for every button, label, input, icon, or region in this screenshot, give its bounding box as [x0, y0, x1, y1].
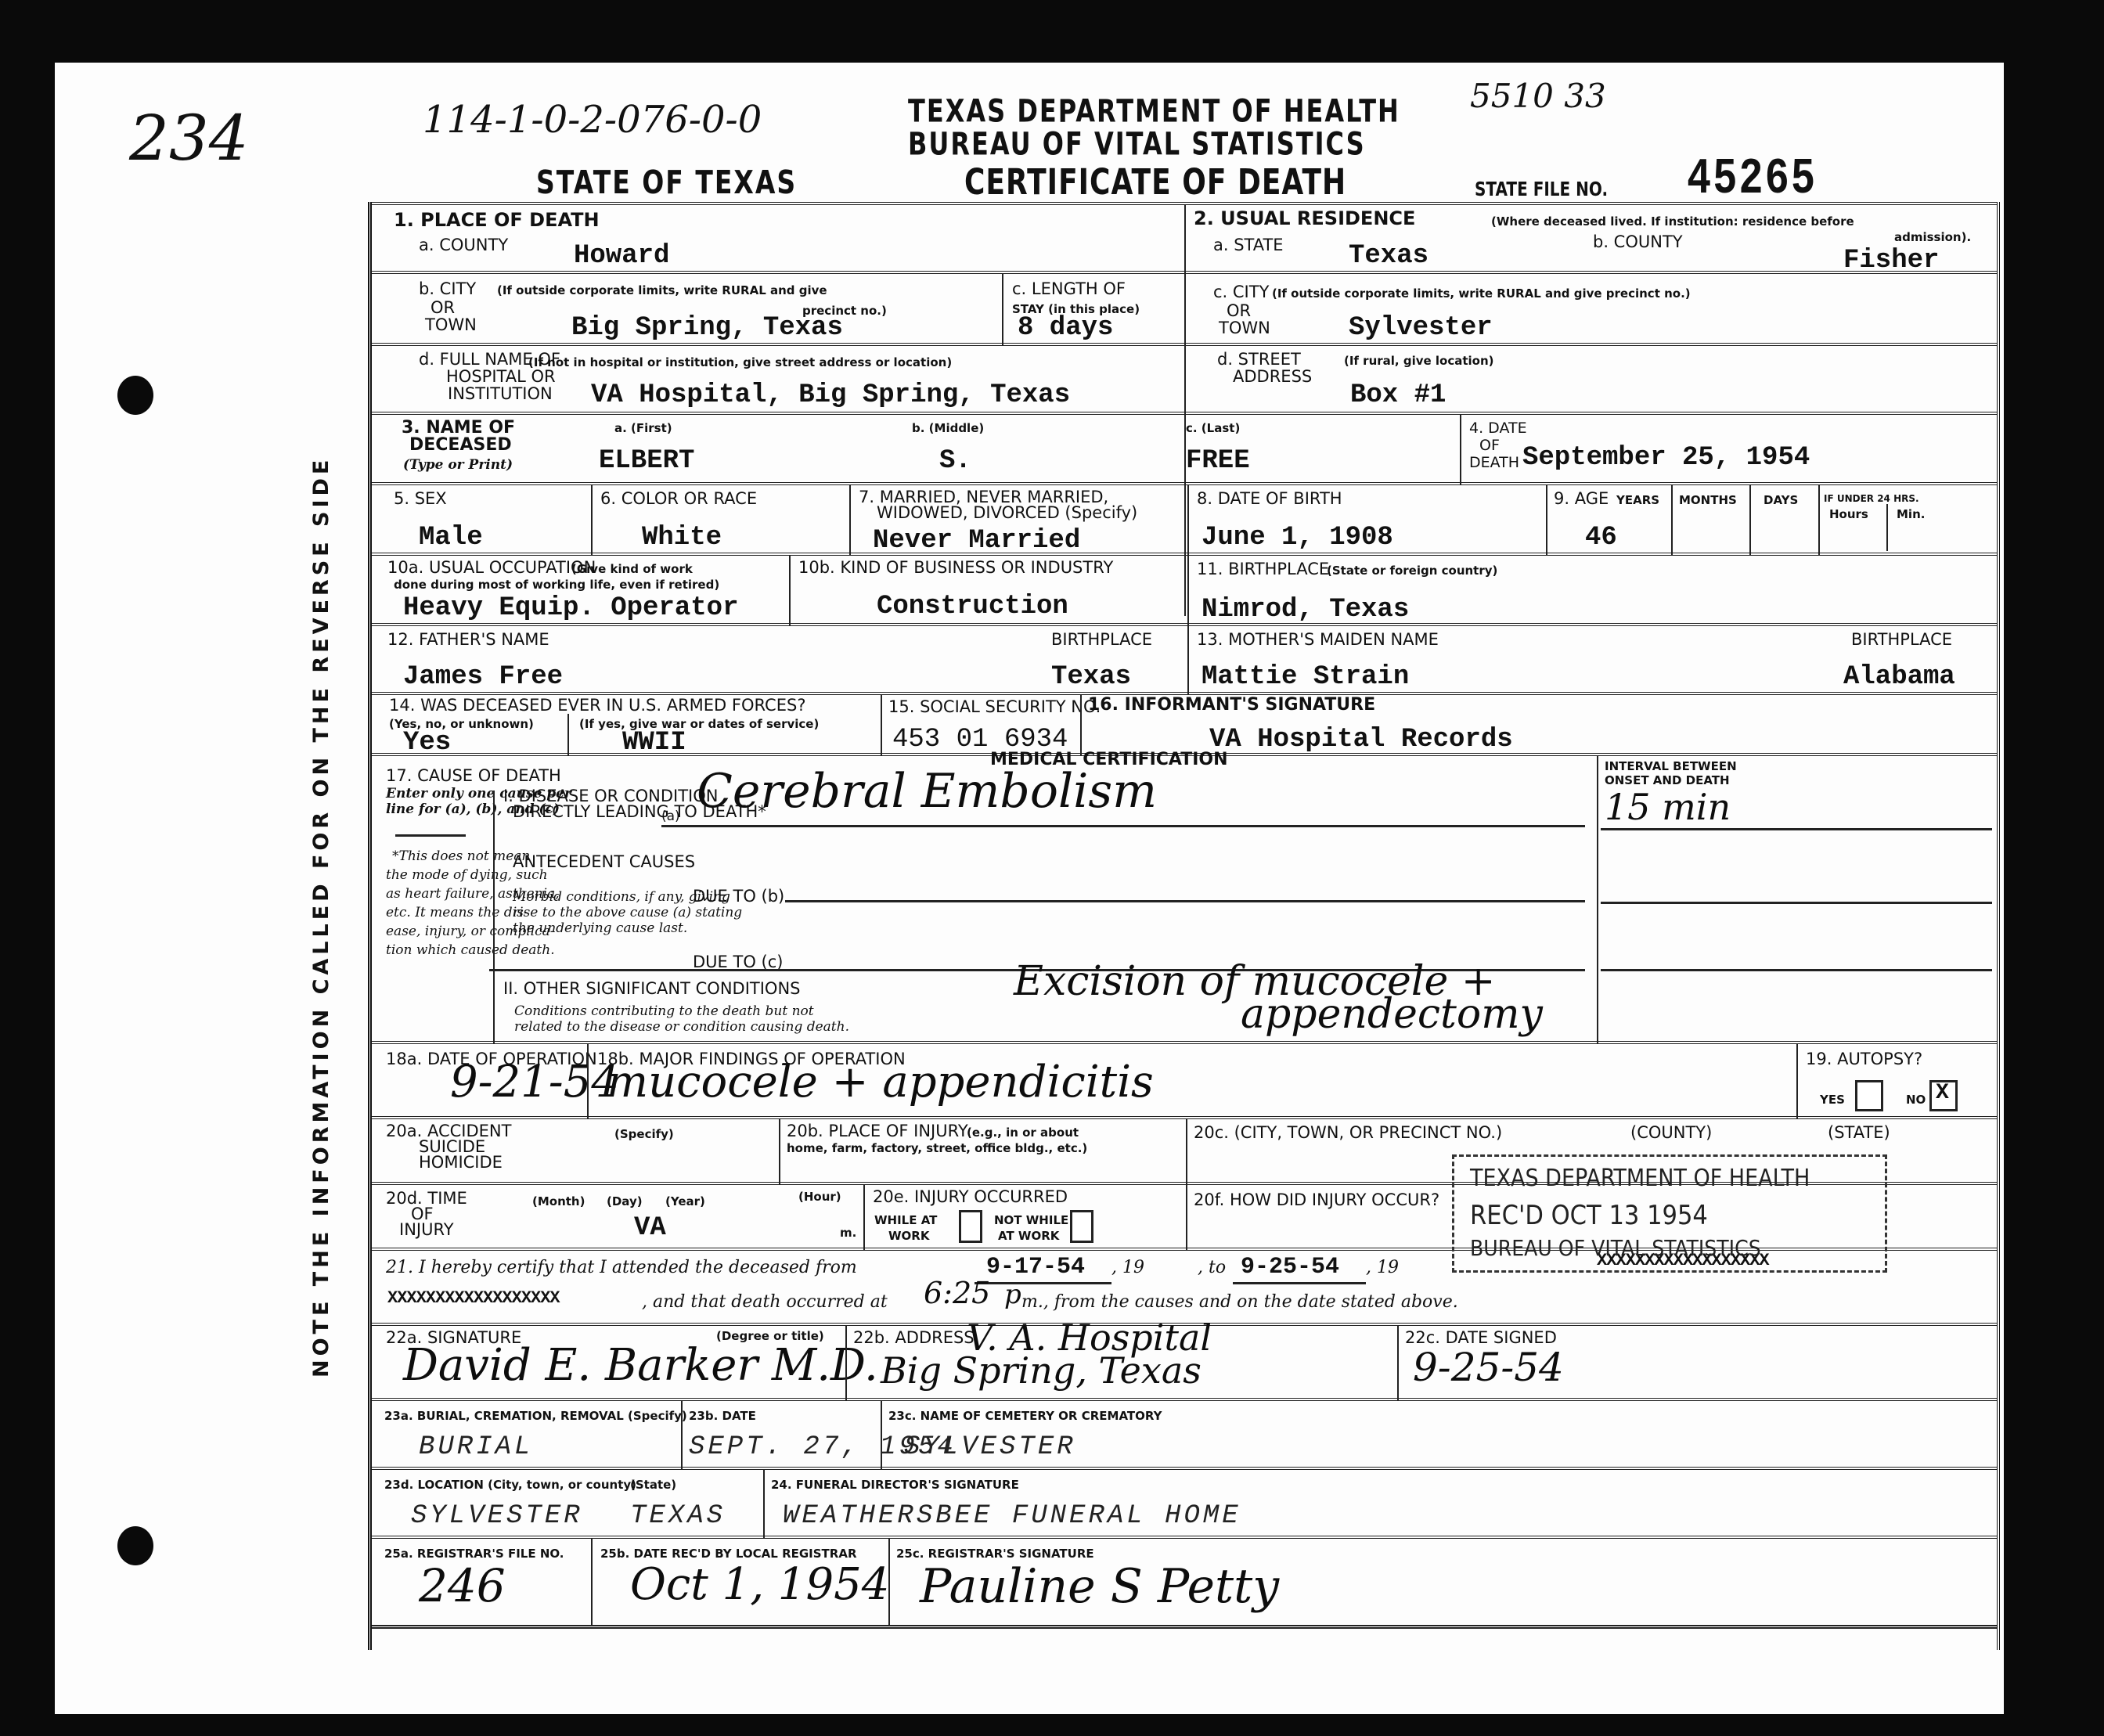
city-label: c. CITY — [1213, 283, 1269, 301]
divider — [1002, 274, 1003, 346]
armed-forces-label: 14. WAS DECEASED EVER IN U.S. ARMED FORC… — [389, 697, 805, 714]
birthplace-label: 11. BIRTHPLACE — [1197, 560, 1329, 578]
year-label: (Year) — [665, 1193, 705, 1210]
antecedent-label: ANTECEDENT CAUSES — [513, 853, 695, 870]
autopsy-no-checkbox[interactable]: X — [1929, 1080, 1958, 1111]
scan-border — [2004, 55, 2104, 1736]
local-registrar-date-value: Oct 1, 1954 — [630, 1559, 889, 1610]
race-label: 6. COLOR OR RACE — [600, 490, 757, 507]
cause-note: tion which caused death. — [386, 942, 555, 958]
divider — [395, 834, 466, 837]
cause-a-value: Cerebral Embolism — [697, 764, 1157, 819]
morbid-note: rise to the above cause (a) stating — [513, 905, 742, 920]
divider — [789, 556, 791, 626]
mother-birthplace-label: BIRTHPLACE — [1851, 631, 1952, 648]
dod-label: DEATH — [1469, 454, 1519, 471]
marital-value: Never Married — [873, 526, 1080, 556]
informant-label: 16. INFORMANT'S SIGNATURE — [1088, 697, 1375, 714]
row-burial-location: 23d. LOCATION (City, town, or county) SY… — [372, 1467, 1997, 1539]
while-at-work-checkbox[interactable] — [959, 1210, 982, 1243]
operation-date-value: 9-21-54 — [450, 1057, 619, 1108]
father-label: 12. FATHER'S NAME — [387, 631, 549, 648]
city-label: TOWN — [1219, 319, 1270, 337]
ampm-value: p — [1004, 1279, 1021, 1310]
city-note: (If outside corporate limits, write RURA… — [497, 282, 827, 299]
months-label: MONTHS — [1679, 492, 1737, 509]
residence-city-value: Sylvester — [1349, 313, 1493, 343]
divider — [845, 1326, 847, 1401]
burial-method-value: BURIAL — [419, 1432, 533, 1462]
other-conditions-note: Conditions contributing to the death but… — [514, 1003, 814, 1019]
mother-value: Mattie Strain — [1202, 662, 1409, 692]
line-from — [975, 1282, 1111, 1284]
autopsy-yes-checkbox[interactable] — [1855, 1080, 1883, 1111]
state-file-number: 45265 — [1687, 150, 1817, 208]
time-of-death-value: 6:25 — [924, 1276, 990, 1310]
row-service: 14. WAS DECEASED EVER IN U.S. ARMED FORC… — [372, 692, 1997, 756]
specify-label: (Specify) — [614, 1126, 674, 1143]
line-a — [661, 825, 1585, 827]
residence-note: (Where deceased lived. If institution: r… — [1491, 213, 1854, 230]
injury-county-label: (COUNTY) — [1630, 1124, 1712, 1141]
mother-birthplace-value: Alabama — [1843, 662, 1955, 692]
marital-label: WIDOWED, DIVORCED (Specify) — [877, 504, 1137, 521]
row-cause-of-death: MEDICAL CERTIFICATION 17. CAUSE OF DEATH… — [372, 753, 1997, 1044]
death-city-value: Big Spring, Texas — [571, 313, 843, 343]
month-label: (Month) — [532, 1193, 585, 1210]
divider — [1397, 1326, 1399, 1401]
physician-signature: David E. Barker M.D. — [403, 1340, 878, 1391]
a-label: (a) — [661, 808, 680, 825]
street-note: (If rural, give location) — [1344, 352, 1494, 369]
middle-name-value: S. — [939, 446, 971, 476]
line-interval — [1601, 902, 1992, 904]
how-injury-label: 20f. HOW DID INJURY OCCUR? — [1194, 1191, 1439, 1208]
city-label: OR — [1227, 302, 1251, 319]
other-conditions-note: related to the disease or condition caus… — [514, 1019, 849, 1035]
time-of-injury-value: VA — [634, 1213, 666, 1243]
attended-to-value: 9-25-54 — [1241, 1254, 1339, 1280]
date-signed-value: 9-25-54 — [1413, 1345, 1564, 1390]
city-note: (If outside corporate limits, write RURA… — [1272, 285, 1691, 302]
autopsy-label: 19. AUTOPSY? — [1806, 1050, 1922, 1068]
autopsy-yes-label: YES — [1820, 1091, 1845, 1108]
industry-value: Construction — [877, 592, 1068, 621]
time-of-injury-label: INJURY — [399, 1221, 454, 1238]
certificate-form: 1. PLACE OF DEATH a. COUNTY Howard 2. US… — [368, 202, 2000, 1650]
burial-location-value: SYLVESTER — [411, 1501, 583, 1531]
certify-text: , 19 — [1111, 1260, 1144, 1276]
divider — [591, 1539, 593, 1625]
injury-occurred-label: 20e. INJURY OCCURRED — [873, 1188, 1068, 1205]
industry-label: 10b. KIND OF BUSINESS OR INDUSTRY — [798, 559, 1113, 576]
father-value: James Free — [403, 662, 563, 692]
registrar-signature: Pauline S Petty — [920, 1559, 1279, 1614]
place-of-death-heading: 1. PLACE OF DEATH — [394, 211, 600, 229]
divider — [1546, 485, 1547, 556]
occupation-label: 10a. USUAL OCCUPATION — [387, 559, 596, 576]
first-name-value: ELBERT — [599, 446, 694, 476]
registrar-file-value: 246 — [419, 1559, 506, 1612]
mother-label: 13. MOTHER'S MAIDEN NAME — [1197, 631, 1439, 648]
certify-text: 21. I hereby certify that I attended the… — [386, 1260, 857, 1276]
burial-location-label: 23d. LOCATION (City, town, or county) — [384, 1476, 636, 1493]
c-label: DUE TO (c) — [693, 953, 783, 971]
sex-label: 5. SEX — [394, 490, 447, 507]
certificate-title: CERTIFICATE OF DEATH — [964, 163, 1346, 203]
divider — [881, 1401, 882, 1470]
burial-method-label: 23a. BURIAL, CREMATION, REMOVAL (Specify… — [384, 1407, 687, 1424]
cemetery-label: 23c. NAME OF CEMETERY OR CREMATORY — [888, 1407, 1162, 1424]
armed-forces-note: (If yes, give war or dates of service) — [579, 715, 819, 733]
while-at-work-label: WHILE AT — [874, 1212, 937, 1229]
stamp-date: REC'D OCT 13 1954 — [1470, 1200, 1708, 1231]
row-operation: 18a. DATE OF OPERATION 9-21-54 18b. MAJO… — [372, 1041, 1997, 1119]
divider — [1749, 485, 1751, 556]
residence-note: admission). — [1894, 229, 1971, 246]
certify-text: , and that death occurred at — [642, 1295, 888, 1310]
m-label: m. — [840, 1224, 856, 1241]
days-label: DAYS — [1764, 492, 1798, 509]
cause-heading: 17. CAUSE OF DEATH — [386, 767, 561, 784]
residence-street-value: Box #1 — [1350, 380, 1446, 410]
line-b — [785, 900, 1585, 902]
divider — [763, 1470, 765, 1539]
place-of-injury-label: 20b. PLACE OF INJURY — [787, 1122, 968, 1140]
accident-label: HOMICIDE — [419, 1154, 503, 1171]
street-label: d. STREET — [1217, 351, 1301, 368]
cause-note: etc. It means the dis- — [386, 905, 528, 920]
burial-state-label: (State) — [630, 1476, 676, 1493]
not-while-at-work-label: NOT WHILE — [994, 1212, 1068, 1229]
punch-hole — [117, 1526, 153, 1565]
dob-label: 8. DATE OF BIRTH — [1197, 490, 1342, 507]
divider — [1460, 415, 1461, 485]
city-label: TOWN — [425, 316, 477, 333]
age-years-value: 46 — [1585, 523, 1617, 553]
stamp-line: TEXAS DEPARTMENT OF HEALTH — [1470, 1165, 1810, 1192]
not-while-at-work-label: AT WORK — [998, 1227, 1059, 1244]
findings-value: mucocele + appendicitis — [607, 1057, 1154, 1108]
divider — [1796, 1044, 1798, 1119]
checkbox-mark: X — [1936, 1081, 1949, 1105]
autopsy-no-label: NO — [1906, 1091, 1926, 1108]
divider — [587, 1044, 589, 1119]
certify-text: , to — [1198, 1260, 1226, 1276]
divider — [1671, 485, 1673, 556]
min-label: Min. — [1897, 506, 1925, 523]
divider — [1187, 556, 1189, 626]
row-parents: 12. FATHER'S NAME James Free BIRTHPLACE … — [372, 623, 1997, 695]
annotation-code: 114-1-0-2-076-0-0 — [423, 98, 762, 142]
line-interval — [1601, 969, 1992, 971]
father-birthplace-label: BIRTHPLACE — [1051, 631, 1152, 648]
certify-text: , 19 — [1366, 1260, 1399, 1276]
county-label: b. COUNTY — [1593, 233, 1683, 250]
row-hospital: d. FULL NAME OF HOSPITAL OR INSTITUTION … — [372, 343, 1997, 415]
not-while-at-work-checkbox[interactable] — [1070, 1210, 1093, 1243]
morbid-note: the underlying cause last. — [513, 920, 687, 936]
divider — [1886, 504, 1888, 551]
hospital-note: (If not in hospital or institution, give… — [528, 354, 952, 371]
b-label: DUE TO (b) — [693, 888, 784, 905]
county-label: a. COUNTY — [419, 236, 508, 254]
hours-label: Hours — [1829, 506, 1868, 523]
row-occupation: 10a. USUAL OCCUPATION (Give kind of work… — [372, 553, 1997, 626]
father-birthplace-value: Texas — [1051, 662, 1131, 692]
city-label: OR — [431, 299, 455, 316]
street-label: ADDRESS — [1233, 368, 1312, 385]
under24-label: IF UNDER 24 HRS. — [1824, 490, 1919, 507]
date-signed-label: 22c. DATE SIGNED — [1405, 1329, 1557, 1346]
cemetery-value: SYLVESTER — [904, 1432, 1076, 1462]
usual-residence-heading: 2. USUAL RESIDENCE — [1194, 210, 1415, 227]
divider — [591, 485, 593, 556]
stamp-line: BUREAU OF VITAL STATISTICS — [1470, 1235, 1761, 1261]
row-signature: 22a. SIGNATURE (Degree or title) David E… — [372, 1323, 1997, 1401]
years-label: YEARS — [1616, 492, 1659, 509]
state-title: STATE OF TEXAS — [536, 163, 797, 201]
other-conditions-label: II. OTHER SIGNIFICANT CONDITIONS — [503, 980, 801, 997]
first-name-label: a. (First) — [614, 420, 672, 437]
stay-value: 8 days — [1018, 313, 1113, 343]
death-county-value: Howard — [574, 241, 669, 271]
hospital-value: VA Hospital, Big Spring, Texas — [591, 380, 1070, 410]
other-conditions-value: appendectomy — [1241, 991, 1543, 1038]
place-of-injury-note: home, farm, factory, street, office bldg… — [787, 1140, 1087, 1157]
divider — [1187, 626, 1189, 695]
hour-label: (Hour) — [798, 1188, 841, 1205]
row-name: 3. NAME OF DECEASED (Type or Print) a. (… — [372, 412, 1997, 485]
row-vitals: 5. SEX Male 6. COLOR OR RACE White 7. MA… — [372, 482, 1997, 556]
physician-address: Big Spring, Texas — [881, 1349, 1202, 1392]
divider — [863, 1185, 865, 1251]
struck-text: XXXXXXXXXXXXXXXXXX — [387, 1288, 560, 1308]
funeral-director-label: 24. FUNERAL DIRECTOR'S SIGNATURE — [771, 1476, 1019, 1493]
divider — [881, 695, 882, 756]
line-interval — [1601, 828, 1992, 830]
certify-text: m., from the causes and on the date stat… — [1021, 1295, 1458, 1310]
interval-value: 15 min — [1605, 786, 1731, 828]
state-file-label: STATE FILE NO. — [1475, 177, 1608, 200]
state-label: a. STATE — [1213, 236, 1284, 254]
injury-location-label: 20c. (CITY, TOWN, OR PRECINCT NO.) — [1194, 1124, 1502, 1141]
while-at-work-label: WORK — [888, 1227, 929, 1244]
place-of-injury-note: (e.g., in or about — [967, 1124, 1079, 1141]
divider — [1597, 756, 1598, 1044]
middle-name-label: b. (Middle) — [912, 420, 984, 437]
department-title: TEXAS DEPARTMENT OF HEALTH — [908, 92, 1400, 130]
annotation-number: 234 — [129, 102, 249, 175]
punch-hole — [117, 376, 153, 415]
row-registrar: 25a. REGISTRAR'S FILE NO. 246 25b. DATE … — [372, 1536, 1997, 1629]
ssn-label: 15. SOCIAL SECURITY NO. — [888, 698, 1101, 715]
occupation-note: (Give kind of work — [571, 560, 693, 578]
row-city: b. CITY OR TOWN (If outside corporate li… — [372, 271, 1997, 346]
address-label: 22b. ADDRESS — [853, 1329, 975, 1346]
line-to — [1233, 1282, 1366, 1284]
reverse-side-note: NOTE THE INFORMATION CALLED FOR ON THE R… — [309, 456, 333, 1378]
dod-label: OF — [1479, 437, 1500, 454]
day-label: (Day) — [607, 1193, 643, 1210]
divider — [681, 1401, 683, 1470]
divider — [1080, 695, 1082, 756]
sex-value: Male — [419, 523, 483, 553]
injury-state-label: (STATE) — [1828, 1124, 1890, 1141]
annotation-number: 5510 33 — [1470, 77, 1606, 115]
last-name-label: c. (Last) — [1186, 420, 1240, 437]
attended-from-value: 9-17-54 — [986, 1254, 1085, 1280]
hospital-label: INSTITUTION — [448, 385, 553, 402]
row-burial: 23a. BURIAL, CREMATION, REMOVAL (Specify… — [372, 1398, 1997, 1470]
date-of-death-value: September 25, 1954 — [1522, 443, 1810, 473]
dob-value: June 1, 1908 — [1202, 523, 1393, 553]
birthplace-note: (State or foreign country) — [1327, 562, 1497, 579]
divider — [849, 485, 851, 556]
birthplace-value: Nimrod, Texas — [1202, 595, 1409, 625]
funeral-director-value: WEATHERSBEE FUNERAL HOME — [783, 1501, 1241, 1531]
cause-note: *This does not mean — [392, 848, 530, 864]
divider — [779, 1119, 780, 1185]
dod-label: 4. DATE — [1469, 420, 1527, 437]
informant-value: VA Hospital Records — [1209, 725, 1513, 755]
bureau-title: BUREAU OF VITAL STATISTICS — [908, 125, 1366, 163]
age-label: 9. AGE — [1554, 490, 1609, 507]
name-label: (Type or Print) — [403, 457, 513, 473]
received-stamp: TEXAS DEPARTMENT OF HEALTH REC'D OCT 13 … — [1452, 1154, 1887, 1273]
divider — [567, 714, 569, 756]
divider — [888, 1539, 890, 1625]
row-place-county: 1. PLACE OF DEATH a. COUNTY Howard 2. US… — [372, 202, 1997, 274]
occupation-note: done during most of working life, even i… — [394, 576, 719, 593]
burial-state-value: TEXAS — [630, 1501, 726, 1531]
name-label: DECEASED — [409, 437, 512, 454]
burial-date-label: 23b. DATE — [689, 1407, 756, 1424]
city-label: b. CITY — [419, 280, 476, 297]
residence-state-value: Texas — [1349, 241, 1428, 271]
last-name-value: FREE — [1186, 446, 1250, 476]
divider — [1818, 485, 1820, 556]
race-value: White — [642, 523, 722, 553]
divider — [1187, 485, 1189, 556]
occupation-value: Heavy Equip. Operator — [403, 593, 738, 623]
divider — [493, 791, 495, 1044]
name-label: 3. NAME OF — [402, 420, 515, 437]
stay-label: c. LENGTH OF — [1012, 280, 1126, 297]
